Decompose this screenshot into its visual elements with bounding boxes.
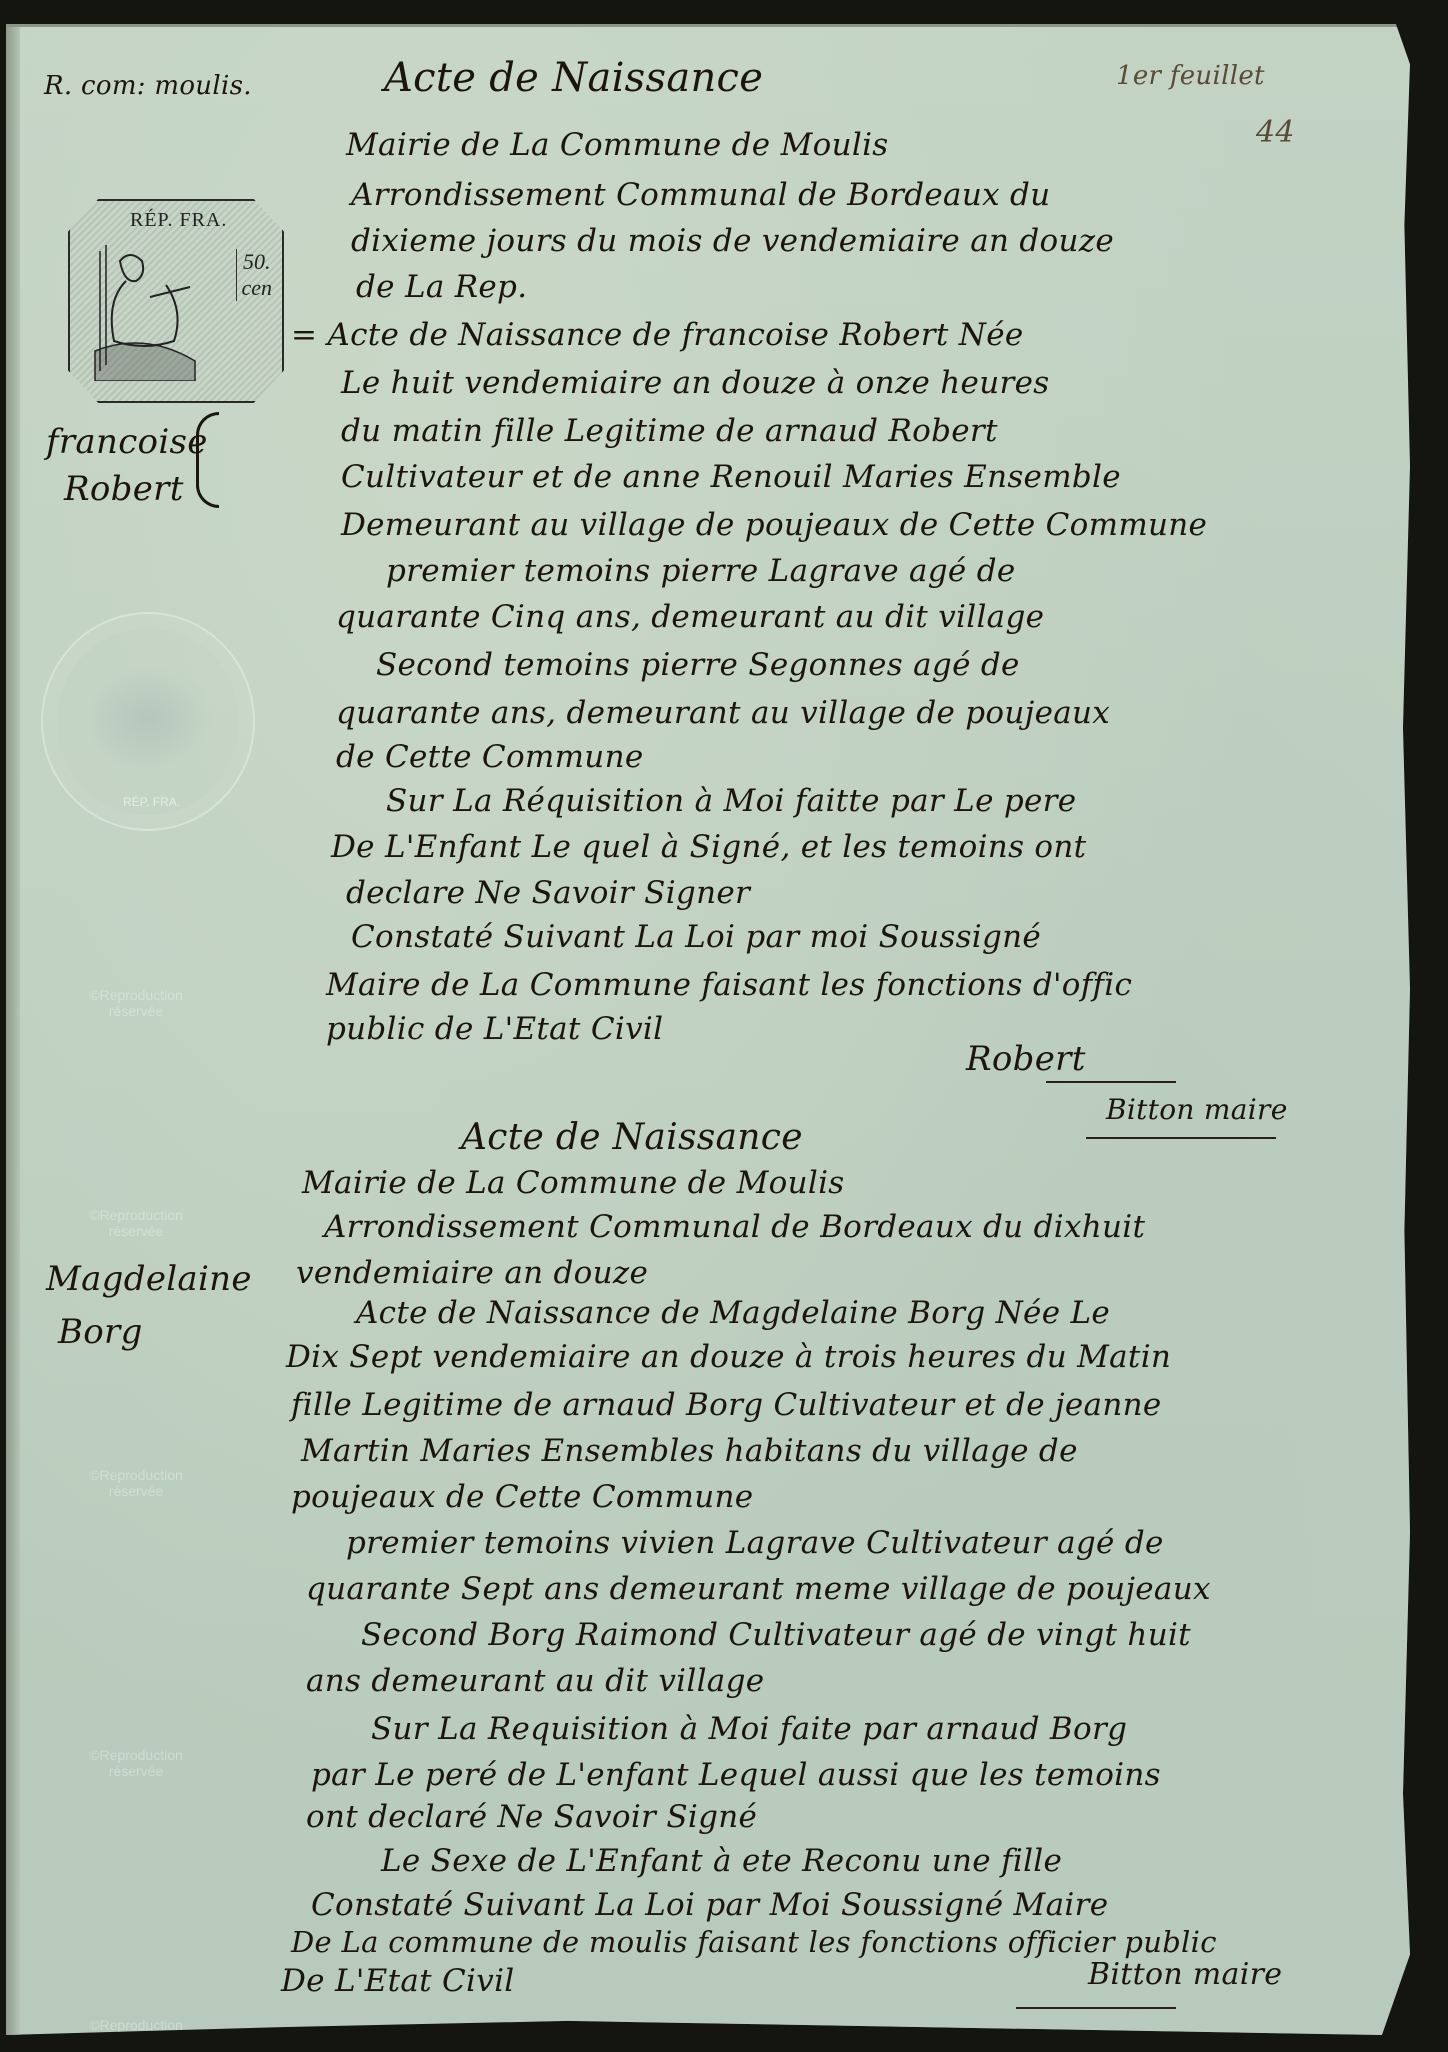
- act1-line: Maire de La Commune faisant les fonction…: [326, 967, 1132, 1003]
- act1-line: quarante Cinq ans, demeurant au dit vill…: [336, 599, 1044, 635]
- act2-line: Arrondissement Communal de Bordeaux du d…: [324, 1209, 1145, 1245]
- act1-signature-mayor: Bitton maire: [1106, 1093, 1288, 1126]
- act1-line: de Cette Commune: [336, 739, 643, 775]
- act2-line: Dix Sept vendemiaire an douze à trois he…: [286, 1339, 1171, 1375]
- act2-margin-name: Magdelaine: [46, 1259, 252, 1299]
- act1-line: dixieme jours du mois de vendemiaire an …: [351, 223, 1114, 259]
- act2-title: Acte de Naissance: [461, 1117, 803, 1158]
- act2-line: par Le peré de L'enfant Lequel aussi que…: [311, 1757, 1161, 1793]
- watermark: ©Reproduction réservée: [66, 1207, 206, 1239]
- act1-line: Arrondissement Communal de Bordeaux du: [351, 177, 1050, 213]
- act2-line: premier temoins vivien Lagrave Cultivate…: [346, 1525, 1164, 1561]
- act2-line: De L'Etat Civil: [281, 1963, 515, 1999]
- number-mark: 44: [1256, 115, 1295, 150]
- sheet-note: 1er feuillet: [1116, 61, 1265, 91]
- act2-line: ont declaré Ne Savoir Signé: [306, 1799, 757, 1835]
- act1-line: Second temoins pierre Segonnes agé de: [376, 647, 1020, 683]
- act2-line: Sur La Requisition à Moi faite par arnau…: [371, 1711, 1127, 1747]
- stamp-label: RÉP. FRA.: [130, 209, 227, 232]
- act1-line: de La Rep.: [356, 269, 527, 305]
- act1-line: premier temoins pierre Lagrave agé de: [386, 553, 1016, 589]
- watermark: ©Reproduction réservée: [66, 1747, 206, 1779]
- act1-title: Acte de Naissance: [384, 55, 763, 101]
- act1-line: quarante ans, demeurant au village de po…: [336, 695, 1110, 731]
- margin-bracket: [196, 412, 219, 508]
- act2-line: Le Sexe de L'Enfant à ete Reconu une fil…: [381, 1843, 1062, 1879]
- act2-line: ans demeurant au dit village: [306, 1663, 764, 1699]
- act2-line: Martin Maries Ensembles habitans du vill…: [301, 1433, 1078, 1469]
- act1-line: du matin fille Legitime de arnaud Robert: [341, 413, 998, 449]
- act1-line: De L'Enfant Le quel à Signé, et les temo…: [331, 829, 1086, 865]
- embossed-seal-icon: RÉP. FRA.: [41, 612, 255, 831]
- act2-line: fille Legitime de arnaud Borg Cultivateu…: [291, 1387, 1162, 1423]
- stamp-value: 50. cen: [236, 249, 272, 301]
- act2-line: vendemiaire an douze: [296, 1255, 648, 1291]
- act2-line: De La commune de moulis faisant les fonc…: [291, 1925, 1217, 1959]
- act1-line: public de L'Etat Civil: [326, 1011, 663, 1047]
- act1-signature-father: Robert: [966, 1039, 1086, 1079]
- act1-margin-name: francoise: [46, 422, 208, 462]
- folio-note: R. com: moulis.: [44, 71, 252, 101]
- act1-margin-surname: Robert: [64, 469, 184, 509]
- act2-line: quarante Sept ans demeurant meme village…: [306, 1571, 1211, 1607]
- act2-line: Second Borg Raimond Cultivateur agé de v…: [361, 1617, 1191, 1653]
- act1-line: Le huit vendemiaire an douze à onze heur…: [341, 365, 1049, 401]
- act2-line: Constaté Suivant La Loi par Moi Soussign…: [311, 1887, 1108, 1923]
- act1-line: declare Ne Savoir Signer: [346, 875, 750, 911]
- allegorical-figure-icon: [90, 241, 200, 381]
- tax-stamp: RÉP. FRA. 50. cen: [68, 199, 284, 403]
- act1-line: Cultivateur et de anne Renouil Maries En…: [341, 459, 1121, 495]
- act2-line: Mairie de La Commune de Moulis: [302, 1165, 845, 1201]
- act2-line: Acte de Naissance de Magdelaine Borg Née…: [356, 1295, 1110, 1331]
- act1-line: Mairie de La Commune de Moulis: [346, 127, 889, 163]
- watermark: ©Reproduction réservée: [66, 987, 206, 1019]
- page-binding: [6, 27, 20, 2035]
- act1-line: Sur La Réquisition à Moi faitte par Le p…: [386, 783, 1076, 819]
- act1-line: = Acte de Naissance de francoise Robert …: [291, 317, 1024, 353]
- act1-line: Constaté Suivant La Loi par moi Soussign…: [351, 919, 1041, 955]
- act2-margin-surname: Borg: [58, 1312, 143, 1352]
- act2-signature-mayor: Bitton maire: [1088, 1957, 1282, 1992]
- act1-line: Demeurant au village de poujeaux de Cett…: [341, 507, 1207, 543]
- watermark: ©Reproduction réservée: [66, 1467, 206, 1499]
- document-page: R. com: moulis. 1er feuillet 44 RÉP. FRA…: [6, 24, 1410, 2035]
- watermark: ©Reproduction réservée: [66, 2017, 206, 2049]
- act2-line: poujeaux de Cette Commune: [291, 1479, 753, 1515]
